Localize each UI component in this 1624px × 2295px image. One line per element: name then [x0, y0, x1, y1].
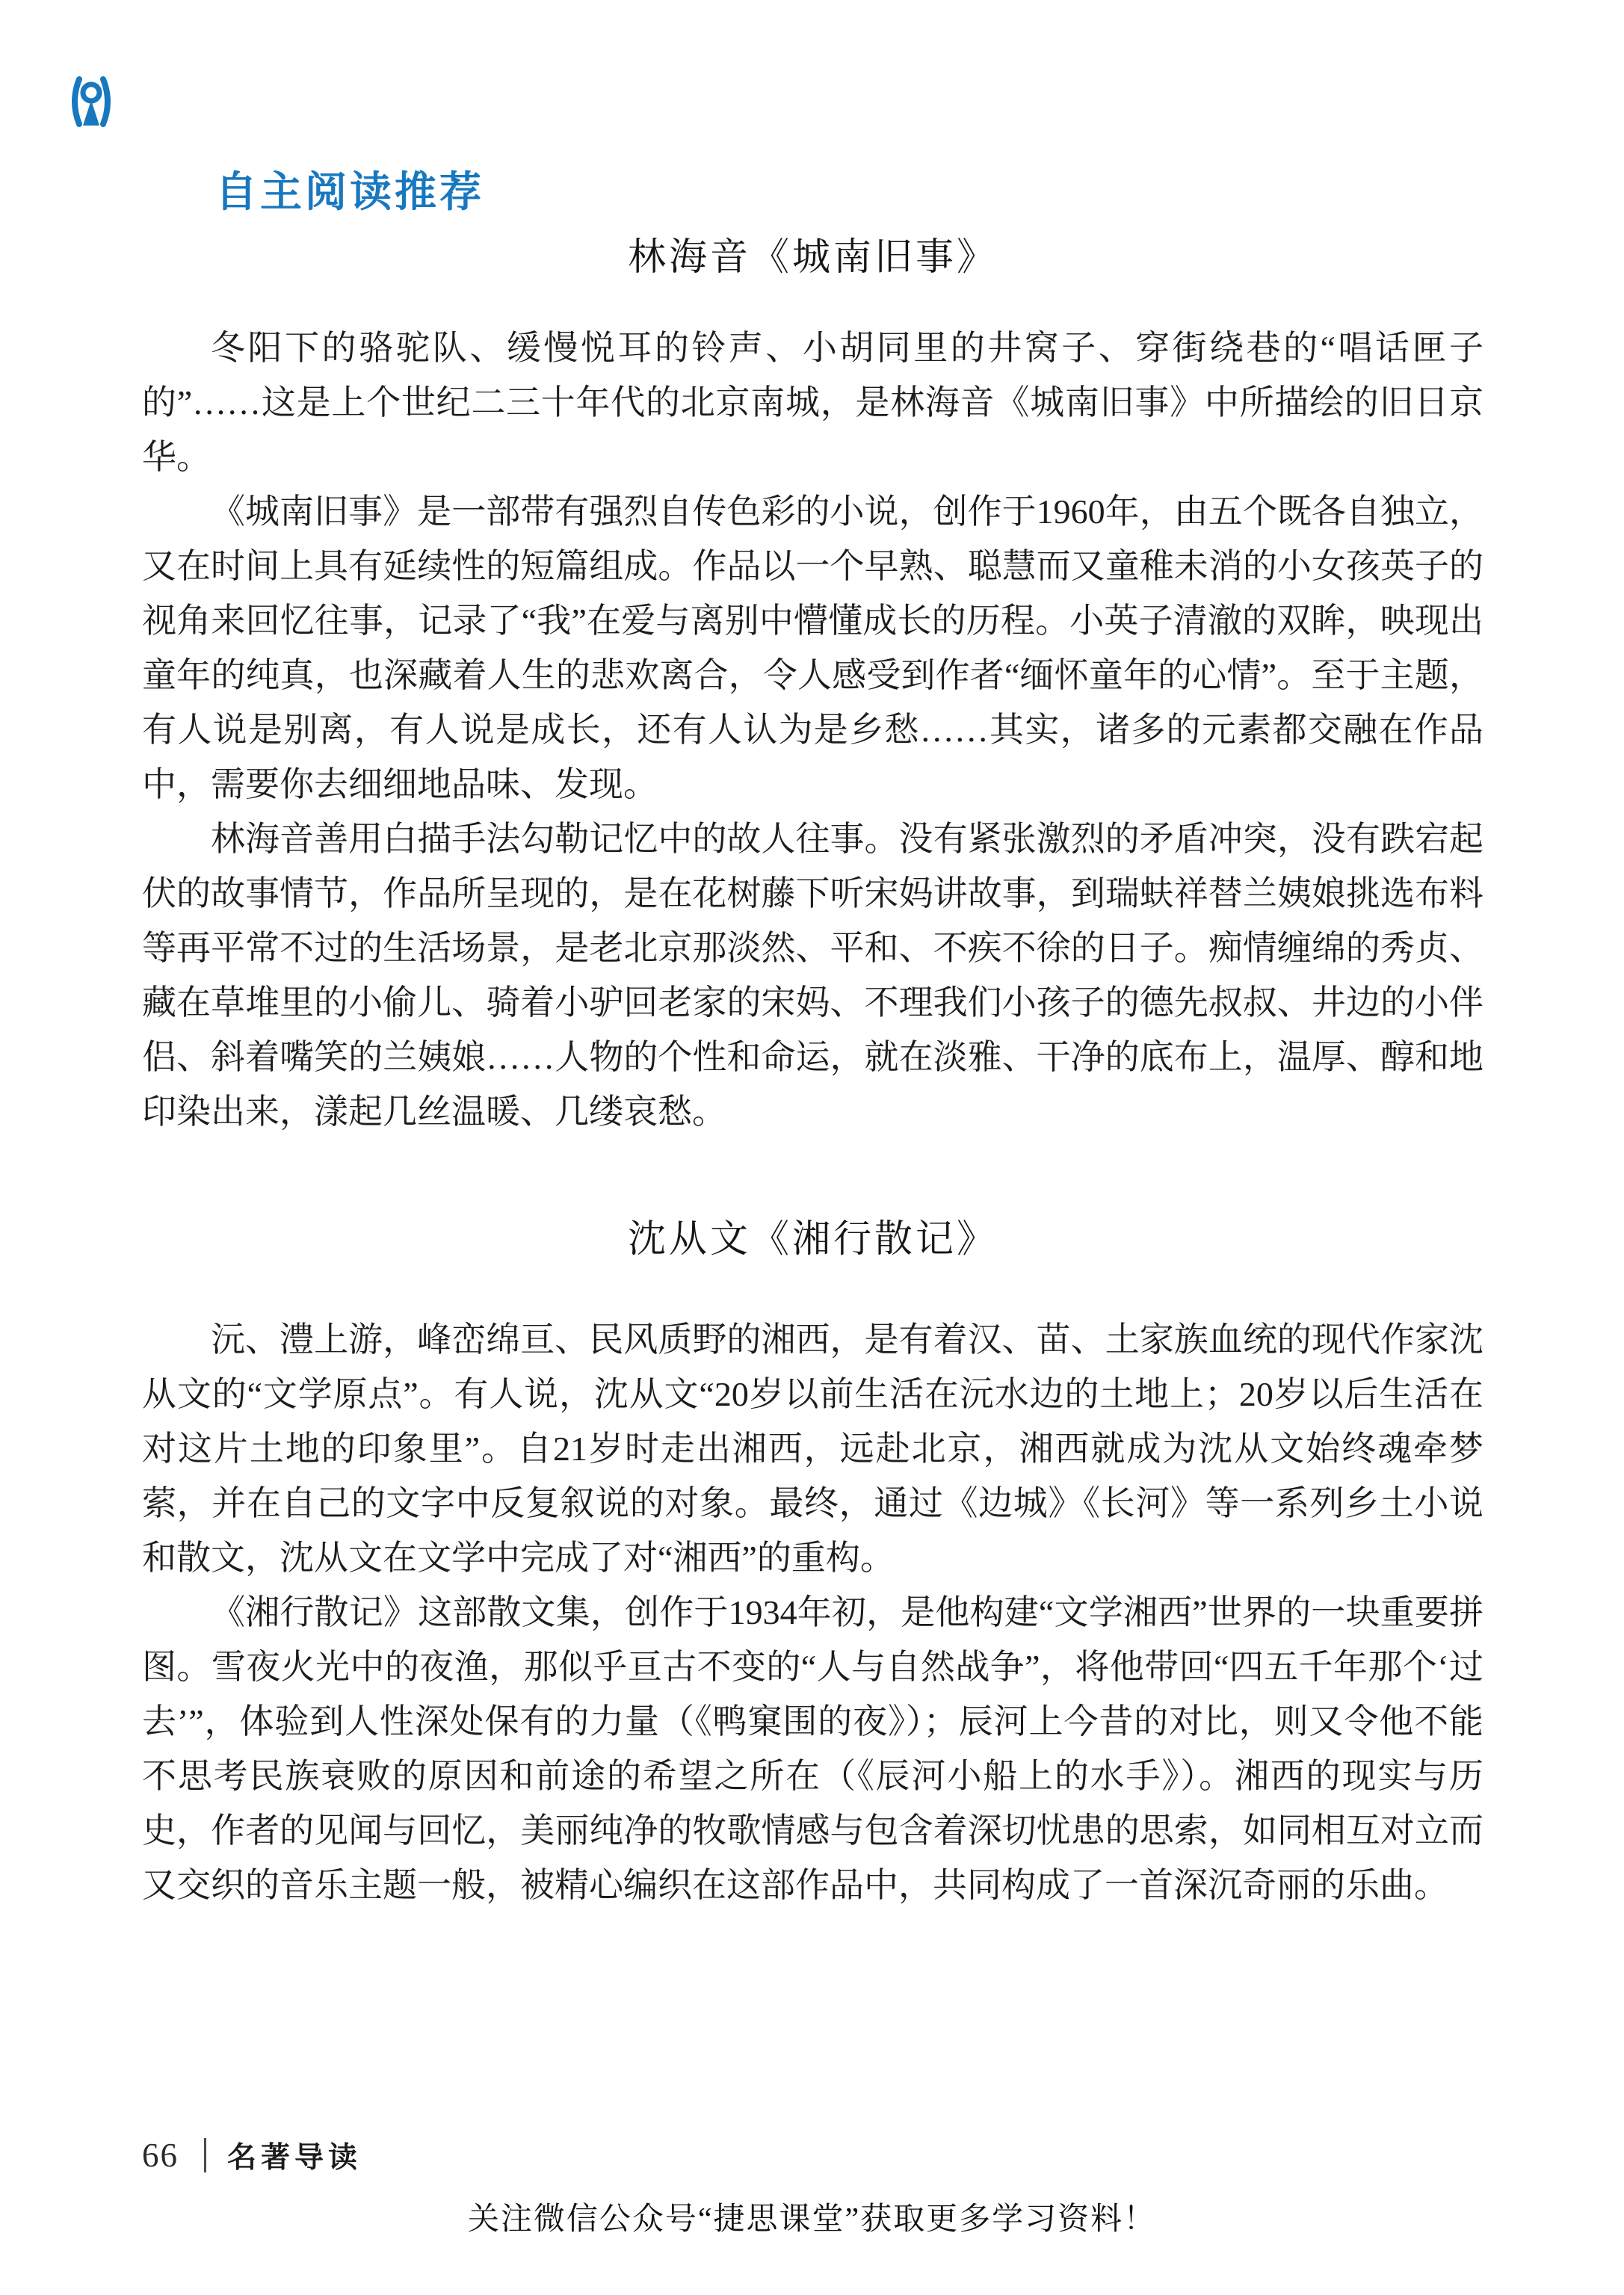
paragraph: 《城南旧事》是一部带有强烈自传色彩的小说，创作于1960年，由五个既各自独立，又…	[142, 484, 1483, 812]
section-heading: 自主阅读推荐	[215, 169, 484, 217]
page-content: 林海音《城南旧事》 冬阳下的骆驼队、缓慢悦耳的铃声、小胡同里的井窝子、穿街绕巷的…	[142, 235, 1483, 1912]
watermark-text: 关注微信公众号“捷思课堂”获取更多学习资料！	[0, 2194, 1624, 2239]
footer-section-label: 名著导读	[227, 2134, 362, 2176]
paragraph: 冬阳下的骆驼队、缓慢悦耳的铃声、小胡同里的井窝子、穿街绕巷的“唱话匣子的”……这…	[142, 321, 1483, 484]
paragraph: 沅、澧上游，峰峦绵亘、民风质野的湘西，是有着汉、苗、土家族血统的现代作家沈从文的…	[142, 1312, 1483, 1585]
footer-divider	[204, 2138, 206, 2172]
book-title-chengnanjiushi: 林海音《城南旧事》	[142, 235, 1483, 281]
page-footer: 66 名著导读	[142, 2134, 362, 2176]
page-number: 66	[142, 2136, 179, 2175]
paragraph: 《湘行散记》这部散文集，创作于1934年初，是他构建“文学湘西”世界的一块重要拼…	[142, 1585, 1483, 1912]
textbook-page: 自主阅读推荐 林海音《城南旧事》 冬阳下的骆驼队、缓慢悦耳的铃声、小胡同里的井窝…	[0, 0, 1624, 2295]
book-title-xiangxingsanji: 沈从文《湘行散记》	[142, 1217, 1483, 1263]
paragraph: 林海音善用白描手法勾勒记忆中的故人往事。没有紧张激烈的矛盾冲突，没有跌宕起伏的故…	[142, 812, 1483, 1139]
reading-person-icon	[67, 72, 115, 132]
